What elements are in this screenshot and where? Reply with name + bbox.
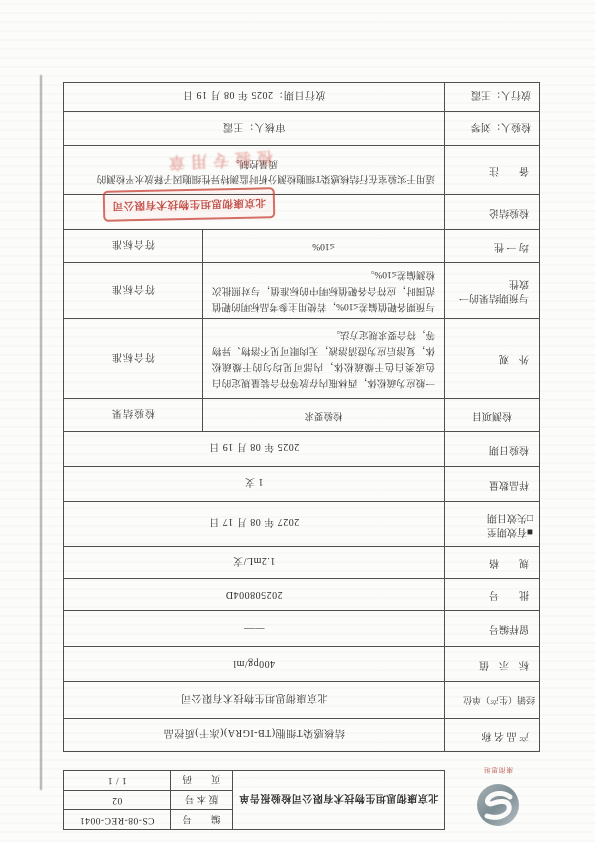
- test-row-appearance: 外 观 一般应为疏松体，西林瓶内存放等符合装量规定的白色或类白色干燥疏松体，内部…: [64, 319, 539, 399]
- field-value: 1.2mL/支: [64, 547, 444, 578]
- meta-label: 编 号: [170, 810, 232, 829]
- report-title: 北京康彻思坦生物技术有限公司检验报告单: [232, 771, 444, 829]
- field-value: 400pg/ml: [64, 647, 444, 681]
- field-value: ——: [64, 611, 444, 646]
- signature-row-inspector: 检验人：刘琴 审核人：王霞: [64, 112, 539, 146]
- test-result: 符合标准: [64, 263, 202, 318]
- field-label: 检验日期: [444, 432, 539, 466]
- meta-value: 1 / 1: [64, 771, 170, 790]
- test-requirement: ≤10%: [202, 230, 444, 262]
- field-row-product: 产 品 名 称 结核感染T细胞(TB-IGRA)(冻干)质控品: [64, 719, 539, 751]
- field-row-lot: 批 号 202508004D: [64, 579, 539, 611]
- scanned-report-page: 康彻思坦 北京康彻思坦生物技术有限公司检验报告单 编 号 CS-08-REC-0…: [0, 0, 595, 842]
- test-result: 符合标准: [64, 230, 202, 262]
- field-row-spec: 规 格 1.2mL/支: [64, 547, 539, 579]
- field-value: 202508004D: [64, 579, 444, 610]
- field-label: 产 品 名 称: [444, 719, 539, 751]
- field-row-company: 经销（生产）单位 北京康彻思坦生物技术有限公司: [64, 682, 539, 719]
- scan-edge-artifact: [40, 75, 42, 790]
- test-row-consistency: 与预期结果的一 致性 与预期各靶值偏差≤10%，若使用主参考品标明的靶值范围时，…: [64, 263, 539, 319]
- tests-header-requirement: 检验要求: [202, 399, 444, 431]
- release-date: 放行日期：2025 年 08 月 19 日: [64, 83, 444, 111]
- signature-row-release: 放行人：王霞 放行日期：2025 年 08 月 19 日: [64, 83, 539, 112]
- field-label: 规 格: [444, 547, 539, 578]
- company-logo-icon: [475, 782, 521, 828]
- meta-label: 版 本 号: [170, 791, 232, 810]
- rotated-scan-sheet: 康彻思坦 北京康彻思坦生物技术有限公司检验报告单 编 号 CS-08-REC-0…: [0, 0, 595, 842]
- expiry-checked-option: ■有效期至: [445, 524, 533, 538]
- meta-value: CS-08-REC-0041: [64, 810, 170, 829]
- company-seal-stamp: 北京康彻思坦生物技术有限公司: [103, 187, 276, 222]
- meta-row-number: 编 号 CS-08-REC-0041: [64, 810, 232, 829]
- tests-header-row: 检测项目 检验要求 检验结果: [64, 399, 539, 432]
- expiry-unchecked-option: □失效日期: [445, 510, 533, 524]
- report-table: 产 品 名 称 结核感染T细胞(TB-IGRA)(冻干)质控品 经销（生产）单位…: [63, 82, 540, 752]
- field-label: 样品数量: [444, 467, 539, 501]
- test-requirement: 一般应为疏松体，西林瓶内存放等符合装量规定的白色或类白色干燥疏松体，内部可见均匀…: [202, 319, 444, 398]
- remark-label: 备 注: [444, 146, 539, 194]
- field-value: 北京康彻思坦生物技术有限公司: [64, 682, 444, 718]
- meta-label: 页 码: [170, 771, 232, 790]
- tests-header-item: 检测项目: [444, 399, 539, 431]
- meta-row-page: 页 码 1 / 1: [64, 771, 232, 791]
- field-label: 留样编号: [444, 611, 539, 646]
- field-value: 2025 年 08 月 19 日: [64, 432, 444, 466]
- conclusion-label: 检验结论: [444, 195, 539, 229]
- company-logo: 康彻思坦: [463, 766, 533, 828]
- field-row-expiry: ■有效期至 □失效日期 2027 年 08 月 17 日: [64, 502, 539, 547]
- reviewer-signature: 审核人：王霞: [64, 112, 444, 145]
- field-label: ■有效期至 □失效日期: [444, 502, 539, 546]
- field-label: 标 示 值: [444, 647, 539, 681]
- releaser-signature: 放行人：王霞: [444, 83, 539, 111]
- field-value: 1 支: [64, 467, 444, 501]
- test-row-uniformity: 均 一 性 ≤10% 符合标准: [64, 230, 539, 263]
- field-row-nominal-value: 标 示 值 400pg/ml: [64, 647, 539, 682]
- field-label: 经销（生产）单位: [444, 682, 539, 718]
- test-result: 符合标准: [64, 319, 202, 398]
- test-requirement: 与预期各靶值偏差≤10%，若使用主参考品标明的靶值范围时，应符合各靶值标明中的标…: [202, 263, 444, 318]
- tests-header-result: 检验结果: [64, 399, 202, 431]
- test-item: 与预期结果的一 致性: [444, 263, 539, 318]
- test-item: 外 观: [444, 319, 539, 398]
- field-row-retention-number: 留样编号 ——: [64, 611, 539, 647]
- test-item-line1: 与预期结果的一: [445, 291, 529, 305]
- field-row-test-date: 检验日期 2025 年 08 月 19 日: [64, 432, 539, 467]
- test-item-line2: 致性: [445, 277, 529, 291]
- field-row-sample-qty: 样品数量 1 支: [64, 467, 539, 502]
- logo-caption: 康彻思坦: [463, 766, 533, 775]
- meta-row-version: 版 本 号 02: [64, 791, 232, 811]
- meta-value: 02: [64, 791, 170, 810]
- field-value: 2027 年 08 月 17 日: [64, 502, 444, 546]
- header-meta-table: 北京康彻思坦生物技术有限公司检验报告单 编 号 CS-08-REC-0041 版…: [63, 770, 445, 830]
- field-value: 结核感染T细胞(TB-IGRA)(冻干)质控品: [64, 719, 444, 751]
- inspector-signature: 检验人：刘琴: [444, 112, 539, 145]
- test-item: 均 一 性: [444, 230, 539, 262]
- field-label: 批 号: [444, 579, 539, 610]
